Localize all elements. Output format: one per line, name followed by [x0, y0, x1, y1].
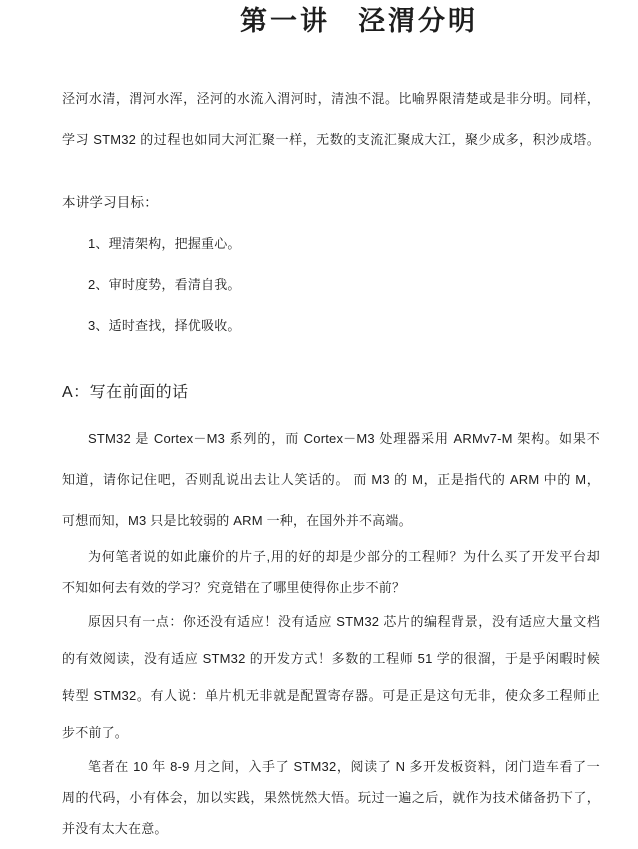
text-line: 步不前了。	[62, 714, 600, 751]
text-line: 不知如何去有效的学习？究竟错在了哪里使得你止步不前？	[62, 572, 600, 603]
text-line: 的有效阅读，没有适应 STM32 的开发方式！多数的工程师 51 学的很溜，于是…	[62, 640, 600, 677]
section-a-heading: A：写在前面的话	[62, 372, 600, 413]
text-line: 为何笔者说的如此廉价的片子,用的好的却是少部分的工程师？为什么买了开发平台却	[62, 541, 600, 572]
text-line: 泾河水清，渭河水浑，泾河的水流入渭河时，清浊不混。比喻界限清楚或是非分明。同样，	[62, 78, 600, 119]
document-title: 第一讲泾渭分明	[62, 4, 600, 38]
intro-paragraph: 泾河水清，渭河水浑，泾河的水流入渭河时，清浊不混。比喻界限清楚或是非分明。同样，…	[62, 78, 600, 160]
paragraph-why-engineers: 为何笔者说的如此廉价的片子,用的好的却是少部分的工程师？为什么买了开发平台却 不…	[62, 541, 600, 603]
paragraph-reason-adaptation: 原因只有一点：你还没有适应！没有适应 STM32 芯片的编程背景，没有适应大量文…	[62, 603, 600, 751]
objective-item-1: 1、理清架构，把握重心。	[62, 223, 600, 264]
document-page: 第一讲泾渭分明 泾河水清，渭河水浑，泾河的水流入渭河时，清浊不混。比喻界限清楚或…	[0, 0, 638, 849]
text-line: 并没有太大在意。	[62, 813, 600, 844]
text-line: 可想而知，M3 只是比较弱的 ARM 一种，在国外并不高端。	[62, 500, 600, 541]
title-part-lecture-name: 泾渭分明	[358, 6, 478, 36]
text-line: 转型 STM32。有人说：单片机无非就是配置寄存器。可是正是这句无非，使众多工程…	[62, 677, 600, 714]
title-part-lecture-number: 第一讲	[240, 6, 330, 36]
text-line: 知道，请你记住吧，否则乱说出去让人笑话的。 而 M3 的 M，正是指代的 ARM…	[62, 459, 600, 500]
objective-item-2: 2、审时度势，看清自我。	[62, 264, 600, 305]
text-line: 笔者在 10 年 8-9 月之间，入手了 STM32，阅读了 N 多开发板资料，…	[62, 751, 600, 782]
paragraph-stm32-cortex: STM32 是 Cortex－M3 系列的，而 Cortex－M3 处理器采用 …	[62, 418, 600, 541]
text-line: STM32 是 Cortex－M3 系列的，而 Cortex－M3 处理器采用 …	[62, 418, 600, 459]
text-line: 周的代码，小有体会，加以实践，果然恍然大悟。玩过一遍之后，就作为技术储备扔下了，	[62, 782, 600, 813]
paragraph-author-experience: 笔者在 10 年 8-9 月之间，入手了 STM32，阅读了 N 多开发板资料，…	[62, 751, 600, 844]
objective-item-3: 3、适时查找，择优吸收。	[62, 305, 600, 346]
text-line: 学习 STM32 的过程也如同大河汇聚一样，无数的支流汇聚成大江，聚少成多，积沙…	[62, 119, 600, 160]
learning-objectives: 本讲学习目标： 1、理清架构，把握重心。 2、审时度势，看清自我。 3、适时查找…	[62, 182, 600, 346]
objectives-heading: 本讲学习目标：	[62, 182, 600, 223]
text-line: 原因只有一点：你还没有适应！没有适应 STM32 芯片的编程背景，没有适应大量文…	[62, 603, 600, 640]
